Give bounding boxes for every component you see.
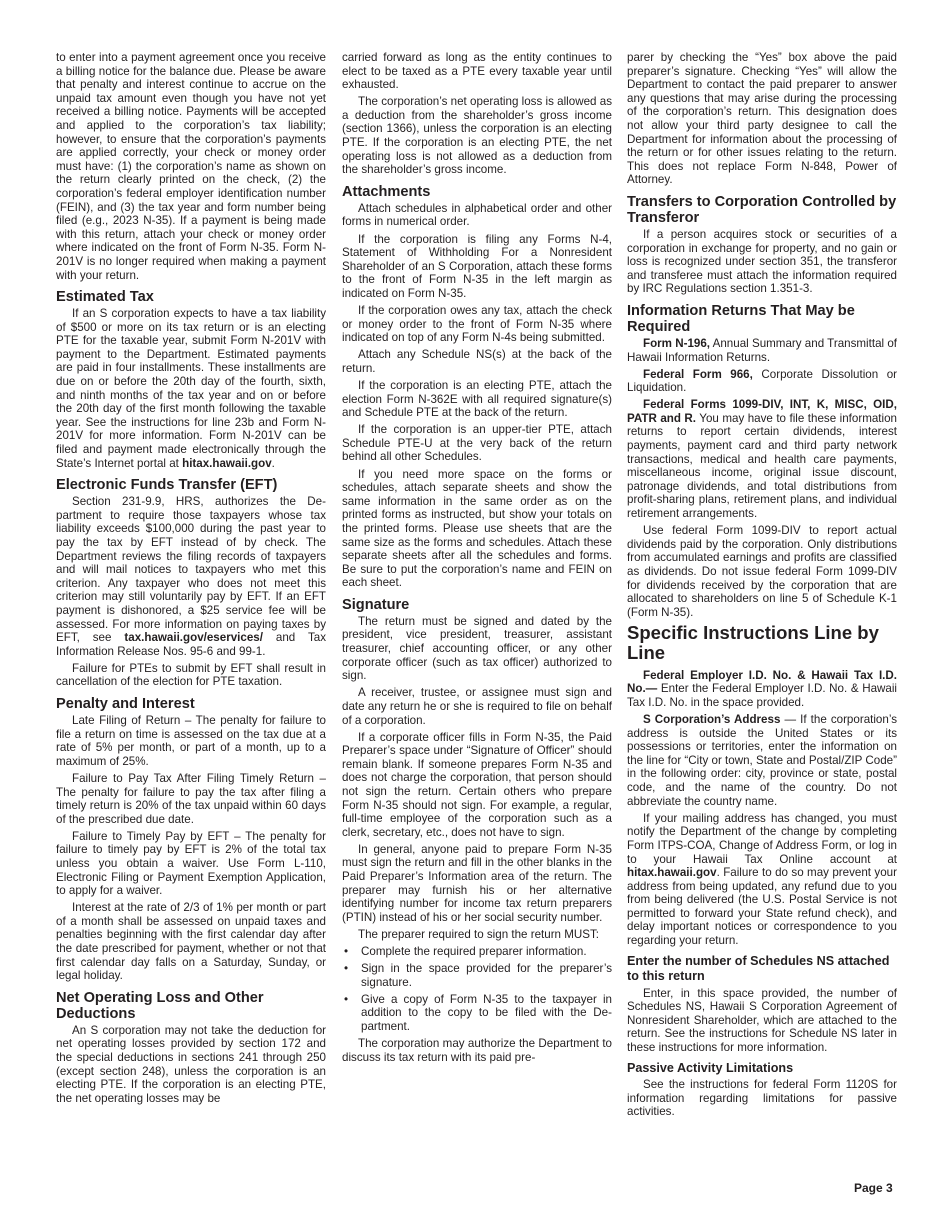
info-returns-n196: Form N-196, Annual Summary and Transmit­… — [627, 337, 897, 364]
signature-p6: The corporation may authorize the Depart… — [342, 1037, 612, 1064]
paragraph-text: Section 231-9.9, HRS, authorizes the De­… — [56, 495, 326, 644]
column-2: carried forward as long as the entity co… — [342, 51, 612, 1068]
eservices-link[interactable]: tax.hawaii.gov/eservices/ — [124, 631, 263, 644]
signature-p3: If a corporate officer fills in Form N-3… — [342, 731, 612, 840]
hitax-link[interactable]: hitax.hawaii.gov — [182, 457, 272, 470]
nol-paragraph-2: The corporation’s net operating loss is … — [342, 95, 612, 177]
heading-specific-instructions: Specific Instructions Line by Line — [627, 623, 897, 664]
heading-signature: Signature — [342, 597, 612, 613]
paragraph-text: — If the corpora­tion’s address is outsi… — [627, 713, 897, 808]
interest-paragraph: Interest at the rate of 2/3 of 1% per mo… — [56, 901, 326, 983]
attachments-p5: If the corporation is an electing PTE, a… — [342, 379, 612, 420]
attachments-p2: If the corporation is filing any Forms N… — [342, 233, 612, 301]
attachments-p3: If the corporation owes any tax, attach … — [342, 304, 612, 345]
info-returns-1099-div: Use federal Form 1099-DIV to report actu… — [627, 524, 897, 619]
signature-p5: The preparer required to sign the return… — [342, 928, 612, 942]
form-name: Federal Form 966, — [643, 368, 753, 381]
address-paragraph: S Corporation’s Address — If the corpora… — [627, 713, 897, 808]
paragraph-text: . — [272, 457, 275, 470]
eft-paragraph: Section 231-9.9, HRS, authorizes the De­… — [56, 495, 326, 658]
heading-transfers: Transfers to Corporation Controlled by T… — [627, 194, 897, 226]
passive-activity-paragraph: See the instructions for federal Form 11… — [627, 1078, 897, 1119]
column-1: to enter into a payment agreement once y… — [56, 51, 326, 1109]
signature-p1: The return must be signed and dated by t… — [342, 615, 612, 683]
transfers-paragraph: If a person acquires stock or securities… — [627, 228, 897, 296]
paragraph-text: Enter the Federal Employer I.D. No. & Ha… — [627, 682, 897, 709]
form-name: Form N-196, — [643, 337, 710, 350]
paragraph-text: If an S corporation expects to have a ta… — [56, 307, 326, 470]
item-label: S Corporation’s Address — [643, 713, 780, 726]
eft-pte-paragraph: Failure for PTEs to submit by EFT shall … — [56, 662, 326, 689]
attachments-p6: If the corporation is an upper-tier PTE,… — [342, 423, 612, 464]
heading-estimated-tax: Estimated Tax — [56, 289, 326, 305]
heading-nol: Net Operating Loss and Other Deductions — [56, 990, 326, 1022]
address-change-paragraph: If your mailing address has changed, you… — [627, 812, 897, 948]
attachments-p1: Attach schedules in alphabetical order a… — [342, 202, 612, 229]
info-returns-1099: Federal Forms 1099-DIV, INT, K, MISC, OI… — [627, 398, 897, 520]
payment-paragraph: to enter into a payment agreement once y… — [56, 51, 326, 282]
penalty-late-filing: Late Filing of Return – The penalty for … — [56, 714, 326, 768]
column-3: parer by checking the “Yes” box above th… — [627, 51, 897, 1122]
schedules-ns-paragraph: Enter, in this space provided, the numbe… — [627, 987, 897, 1055]
heading-eft: Electronic Funds Transfer (EFT) — [56, 477, 326, 493]
nol-continued: carried forward as long as the entity co… — [342, 51, 612, 92]
list-item: Give a copy of Form N-35 to the taxpayer… — [342, 993, 612, 1034]
list-item: Complete the required preparer informati… — [342, 945, 612, 959]
hitax-link[interactable]: hitax.hawaii.gov — [627, 866, 717, 879]
preparer-requirements-list: Complete the required preparer informati… — [342, 945, 612, 1034]
list-item: Sign in the space provided for the prepa… — [342, 962, 612, 989]
heading-penalty-interest: Penalty and Interest — [56, 696, 326, 712]
attachments-p4: Attach any Schedule NS(s) at the back of… — [342, 348, 612, 375]
heading-schedules-ns: Enter the number of Schedules NS attache… — [627, 954, 897, 985]
penalty-eft: Failure to Timely Pay by EFT – The penal… — [56, 830, 326, 898]
fein-paragraph: Federal Employer I.D. No. & Hawaii Tax I… — [627, 669, 897, 710]
info-returns-966: Federal Form 966, Corporate Dissolution … — [627, 368, 897, 395]
heading-information-returns: Information Returns That May be Required — [627, 303, 897, 335]
heading-attachments: Attachments — [342, 184, 612, 200]
attachments-p7: If you need more space on the forms or s… — [342, 468, 612, 590]
page-number: Page 3 — [854, 1181, 893, 1195]
signature-p2: A receiver, trustee, or assignee must si… — [342, 686, 612, 727]
signature-continued: parer by checking the “Yes” box above th… — [627, 51, 897, 187]
estimated-tax-paragraph: If an S corporation expects to have a ta… — [56, 307, 326, 470]
nol-paragraph: An S corporation may not take the deduc­… — [56, 1024, 326, 1106]
paragraph-text: If your mailing address has changed, you… — [627, 812, 897, 866]
signature-p4: In general, anyone paid to prepare Form … — [342, 843, 612, 925]
paragraph-text: You may have to file these informa­tion … — [627, 412, 897, 520]
penalty-failure-to-pay: Failure to Pay Tax After Filing Timely R… — [56, 772, 326, 826]
heading-passive-activity: Passive Activity Limitations — [627, 1061, 897, 1077]
